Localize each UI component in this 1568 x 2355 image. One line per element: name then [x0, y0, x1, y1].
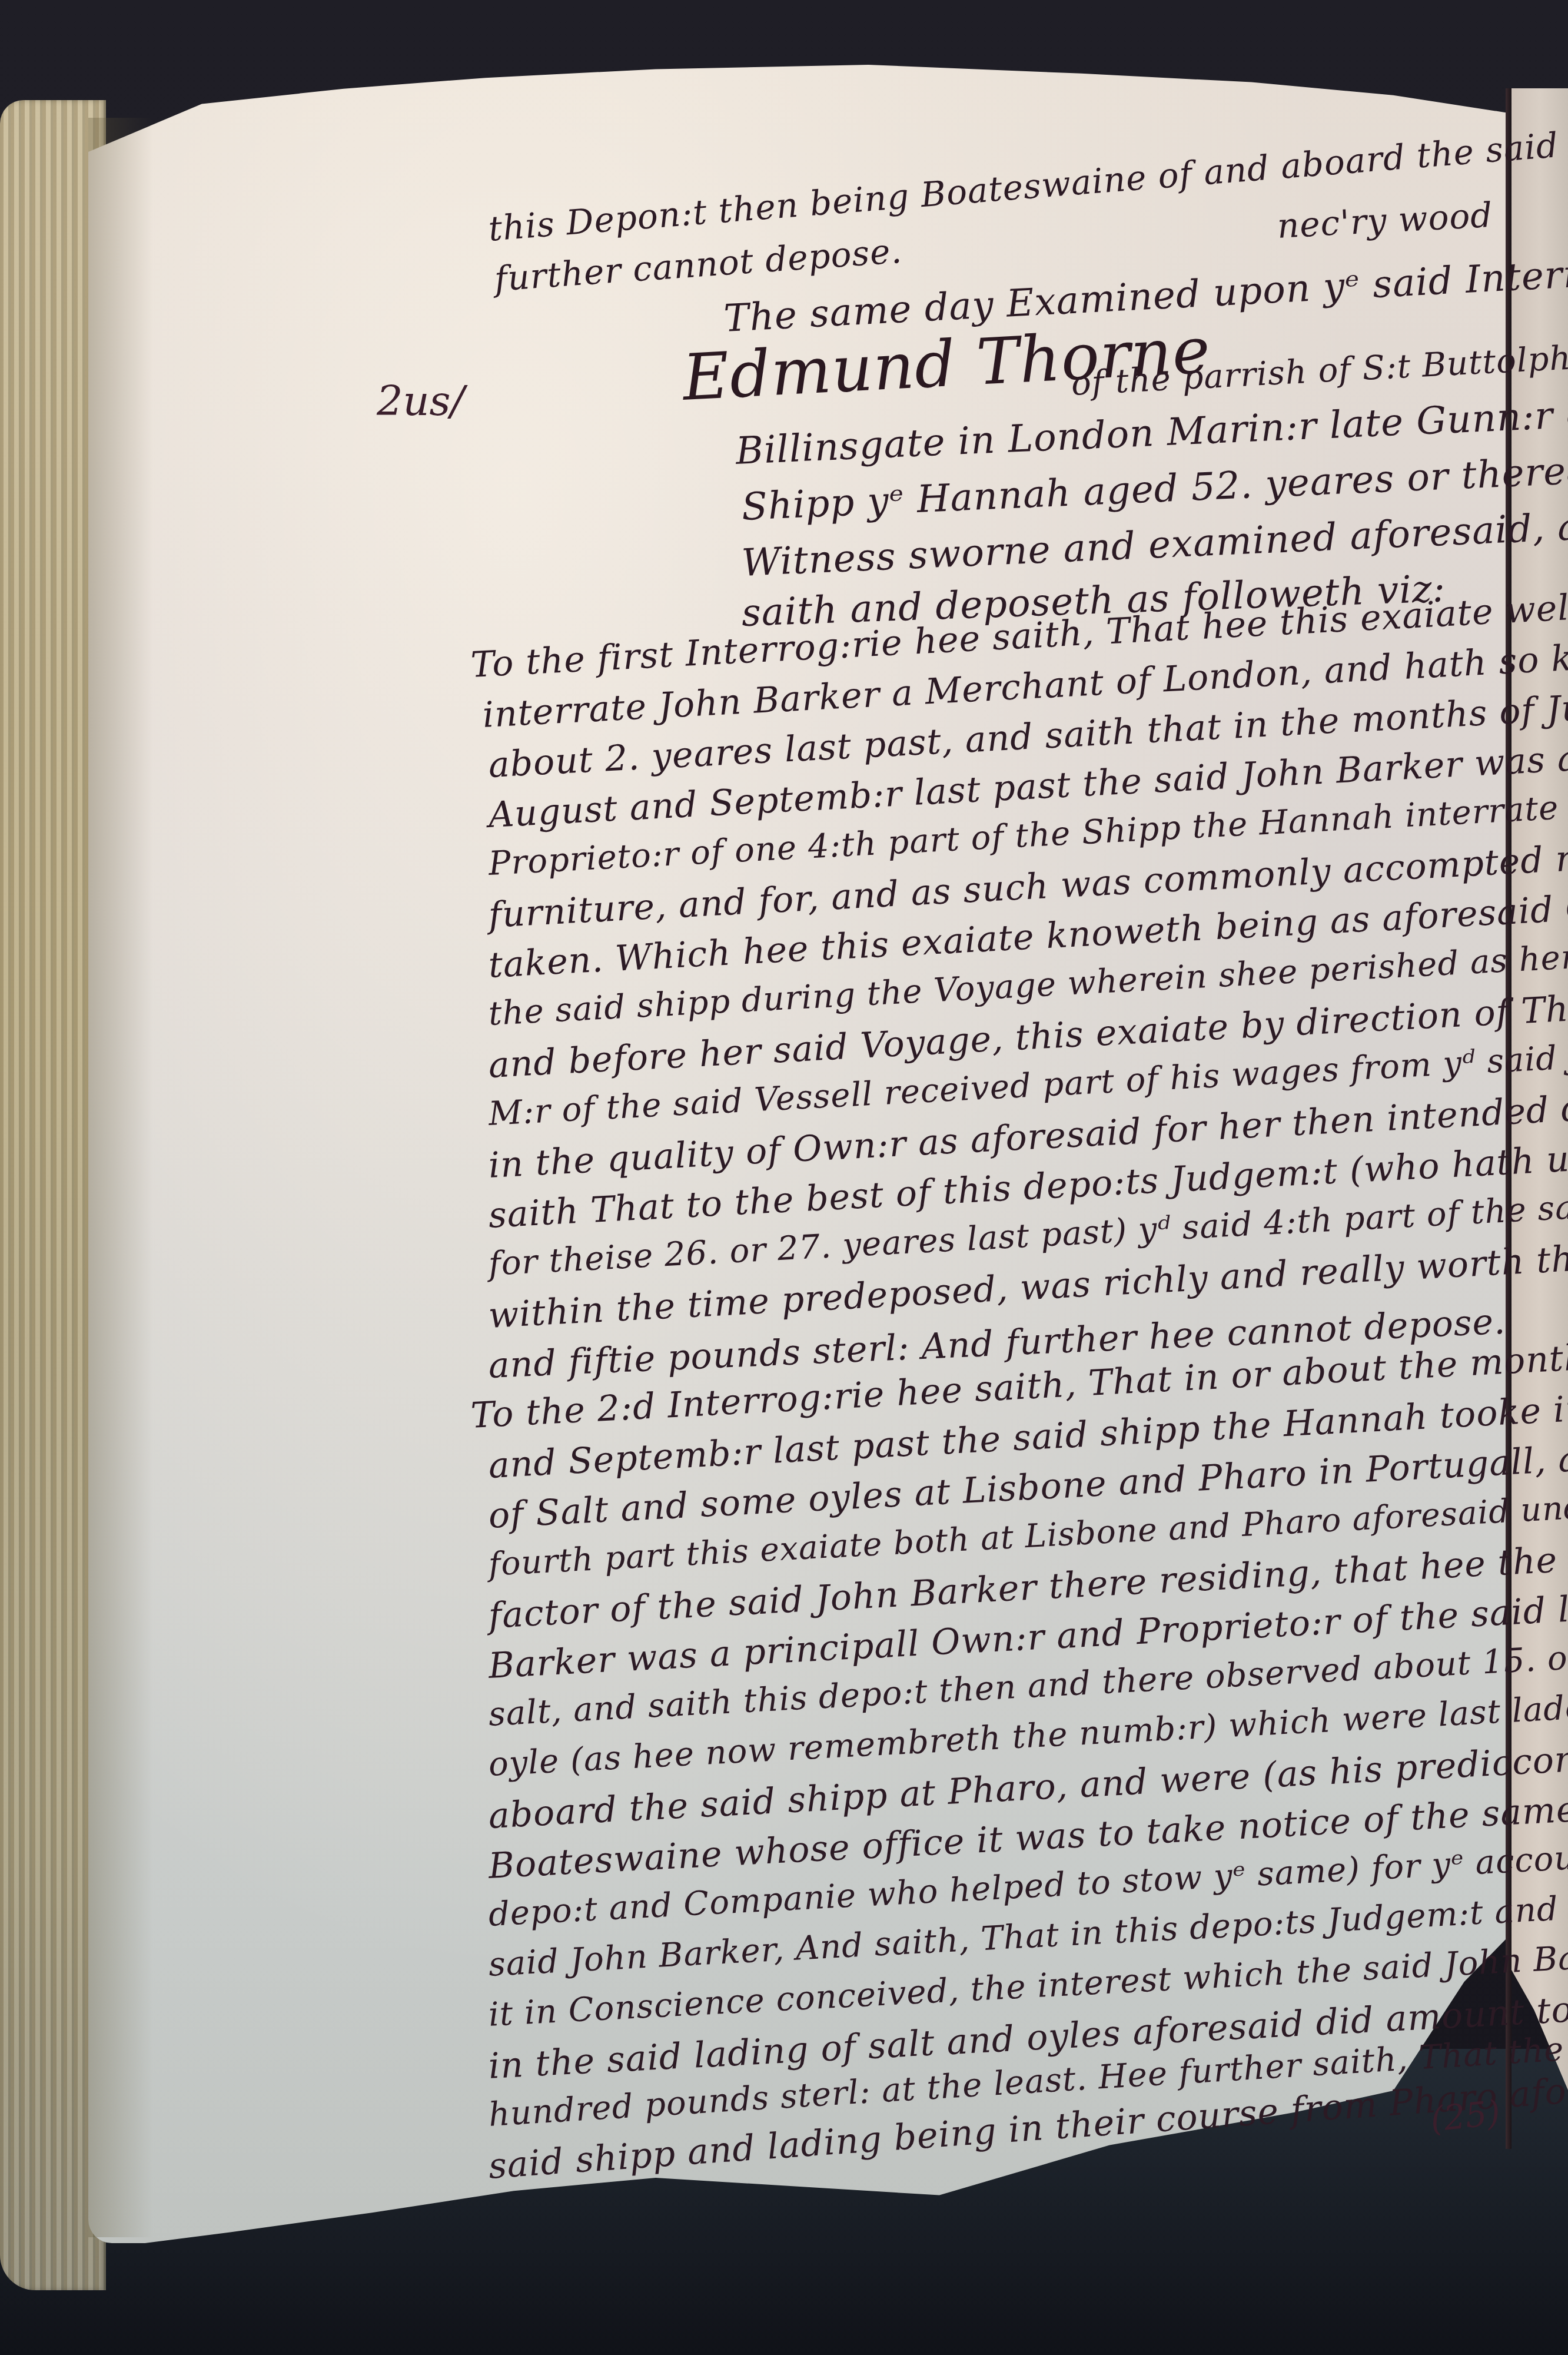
folio-number: (25) [1429, 2092, 1503, 2140]
page-shadow [88, 118, 153, 2237]
margin-note: 2us/ [377, 377, 464, 425]
